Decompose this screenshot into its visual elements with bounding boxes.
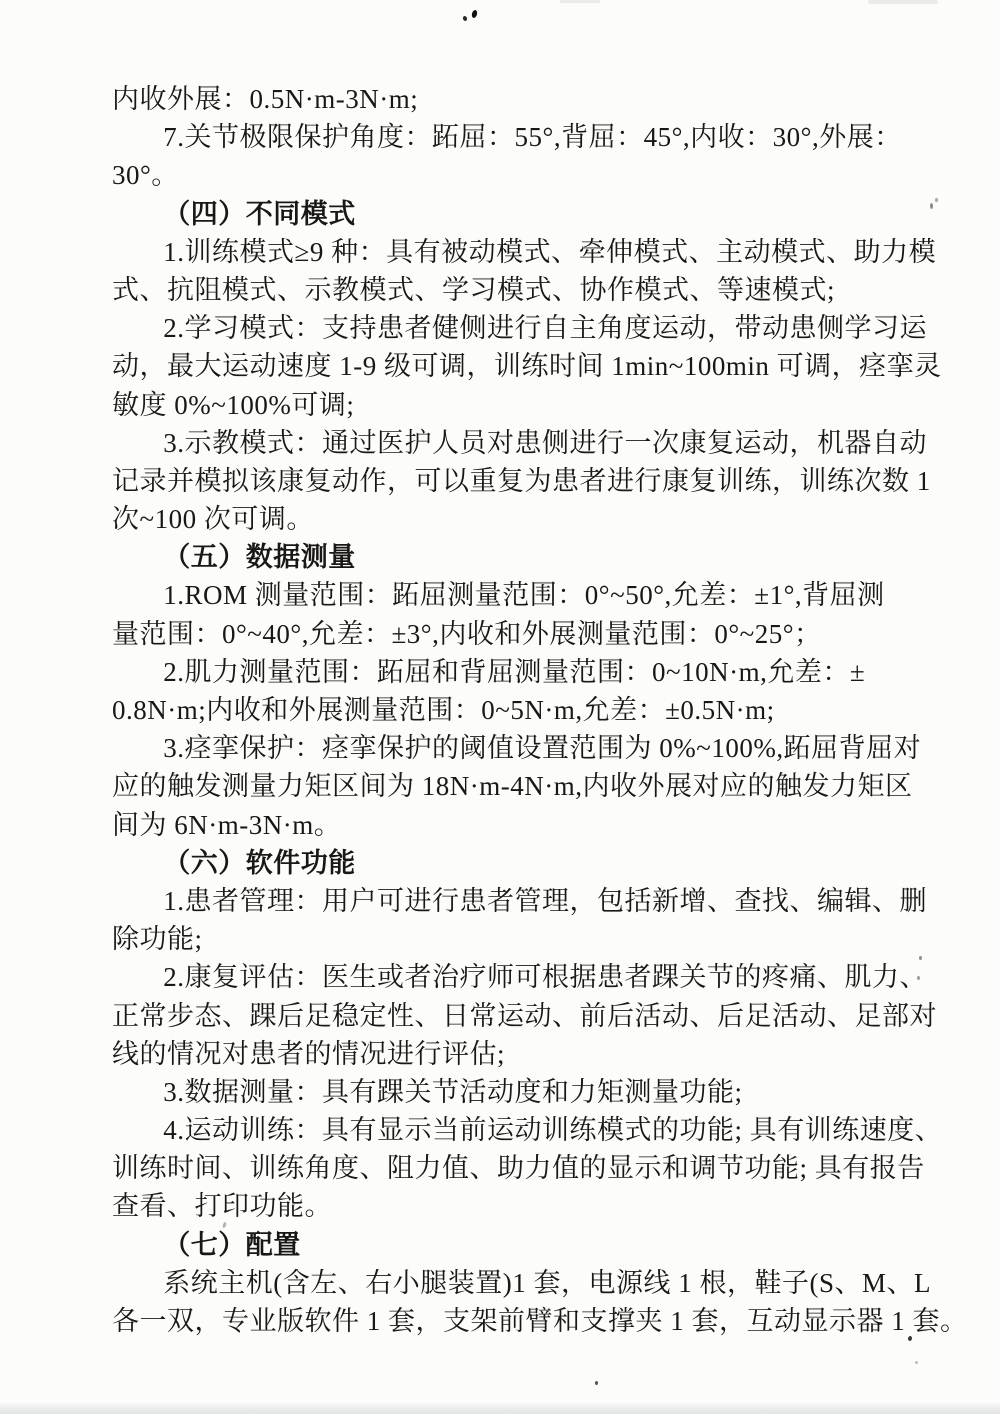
section-heading: （四）不同模式	[112, 195, 890, 233]
section-heading: （七）配置	[112, 1226, 890, 1264]
text-line: 2.康复评估：医生或者治疗师可根据患者踝关节的疼痛、肌力、	[112, 958, 890, 996]
text-line: 间为 6N·m-3N·m。	[112, 806, 890, 844]
text-line: 2.肌力测量范围：跖屈和背屈测量范围：0~10N·m,允差：±	[112, 653, 890, 691]
text-line: 1.训练模式≥9 种：具有被动模式、牵伸模式、主动模式、助力模	[112, 233, 890, 271]
text-line: 内收外展：0.5N·m-3N·m;	[112, 80, 890, 118]
section-heading: （六）软件功能	[112, 844, 890, 882]
text-line: 式、抗阻模式、示教模式、学习模式、协作模式、等速模式;	[112, 271, 890, 309]
ink-speck	[935, 198, 938, 202]
document-text-block: 内收外展：0.5N·m-3N·m; 7.关节极限保护角度：跖屈：55°,背屈：4…	[112, 80, 890, 1340]
text-line: 3.痉挛保护：痉挛保护的阈值设置范围为 0%~100%,跖屈背屈对	[112, 729, 890, 767]
ink-speck	[908, 1336, 913, 1342]
scan-smudge	[868, 0, 938, 4]
text-line: 正常步态、踝后足稳定性、日常运动、前后活动、后足活动、足部对	[112, 997, 890, 1035]
scanned-document-page: 内收外展：0.5N·m-3N·m; 7.关节极限保护角度：跖屈：55°,背屈：4…	[0, 0, 1000, 1414]
section-heading: （五）数据测量	[112, 538, 890, 576]
text-line: 各一双，专业版软件 1 套，支架前臂和支撑夹 1 套，互动显示器 1 套。	[112, 1302, 890, 1340]
text-line: 7.关节极限保护角度：跖屈：55°,背屈：45°,内收：30°,外展：	[112, 118, 890, 156]
text-line: 3.数据测量：具有踝关节活动度和力矩测量功能;	[112, 1073, 890, 1111]
ink-speck	[917, 976, 920, 980]
text-line: 记录并模拟该康复动作，可以重复为患者进行康复训练，训练次数 1	[112, 462, 890, 500]
text-line: 除功能;	[112, 920, 890, 958]
ink-speck	[919, 956, 922, 960]
ink-speck	[595, 1381, 598, 1385]
text-line: 应的触发测量力矩区间为 18N·m-4N·m,内收外展对应的触发力矩区	[112, 767, 890, 805]
text-line: 1.ROM 测量范围：跖屈测量范围：0°~50°,允差：±1°,背屈测	[112, 576, 890, 614]
text-line: 训练时间、训练角度、阻力值、助力值的显示和调节功能; 具有报告	[112, 1149, 890, 1187]
text-line: 4.运动训练：具有显示当前运动训练模式的功能; 具有训练速度、	[112, 1111, 890, 1149]
text-line: 敏度 0%~100%可调;	[112, 386, 890, 424]
text-line: 2.学习模式：支持患者健侧进行自主角度运动，带动患侧学习运	[112, 309, 890, 347]
text-line: 1.患者管理：用户可进行患者管理，包括新增、查找、编辑、删	[112, 882, 890, 920]
scan-smudge	[560, 0, 600, 3]
text-line: 3.示教模式：通过医护人员对患侧进行一次康复运动，机器自动	[112, 424, 890, 462]
text-line: 量范围：0°~40°,允差：±3°,内收和外展测量范围：0°~25°；	[112, 615, 890, 653]
ink-speck	[462, 15, 467, 21]
scan-edge-shadow	[0, 1403, 1000, 1414]
ink-speck	[471, 9, 478, 18]
ink-speck	[930, 203, 933, 209]
text-line: 系统主机(含左、右小腿装置)1 套，电源线 1 根，鞋子(S、M、L	[112, 1264, 890, 1302]
text-line: 线的情况对患者的情况进行评估;	[112, 1035, 890, 1073]
text-line: 30°。	[112, 156, 890, 194]
text-line: 0.8N·m;内收和外展测量范围：0~5N·m,允差：±0.5N·m;	[112, 691, 890, 729]
ink-speck	[915, 1361, 918, 1364]
text-line: 查看、打印功能。	[112, 1187, 890, 1225]
text-line: 次~100 次可调。	[112, 500, 890, 538]
text-line: 动，最大运动速度 1-9 级可调，训练时间 1min~100min 可调，痉挛灵	[112, 347, 890, 385]
